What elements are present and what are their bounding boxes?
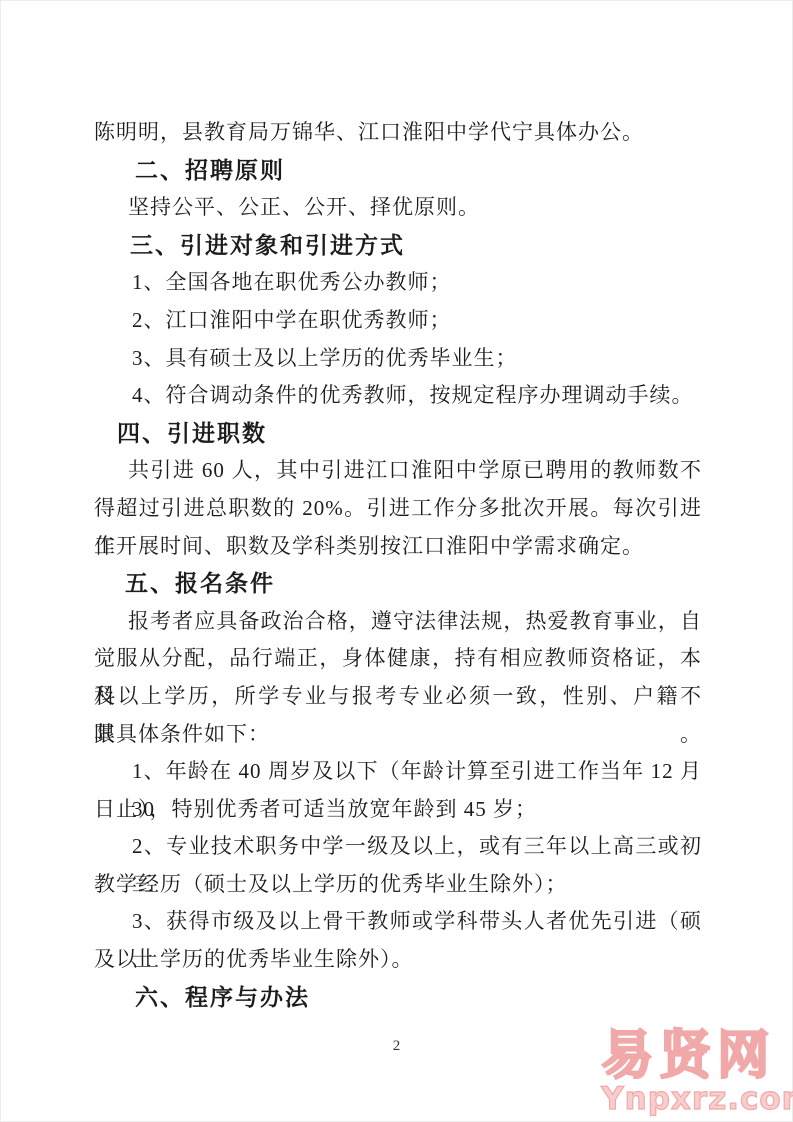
text-line: 日止），特别优秀者可适当放宽年龄到 45 岁；	[94, 791, 702, 829]
text-line: 共引进 60 人，其中引进江口淮阳中学原已聘用的教师数不	[94, 452, 702, 490]
list-item-3: 3、具有硕士及以上学历的优秀毕业生；	[94, 340, 702, 378]
document-text-block: 陈明明，县教育局万锦华、江口淮阳中学代宁具体办公。 二、招聘原则 坚持公平、公正…	[94, 114, 702, 1016]
text-line: 陈明明，县教育局万锦华、江口淮阳中学代宁具体办公。	[94, 114, 702, 152]
document-page: 陈明明，县教育局万锦华、江口淮阳中学代宁具体办公。 二、招聘原则 坚持公平、公正…	[0, 0, 793, 1122]
heading-3-introduction-targets: 三、引进对象和引进方式	[94, 227, 702, 265]
condition-item-2: 2、专业技术职务中学一级及以上，或有三年以上高三或初三	[94, 828, 702, 866]
text-line: 作开展时间、职数及学科类别按江口淮阳中学需求确定。	[94, 528, 702, 566]
list-item-1: 1、全国各地在职优秀公办教师；	[94, 264, 702, 302]
text-line: 报考者应具备政治合格，遵守法律法规，热爱教育事业，自	[94, 603, 702, 641]
condition-item-1: 1、年龄在 40 周岁及以下（年龄计算至引进工作当年 12 月 30	[94, 753, 702, 791]
text-line: 坚持公平、公正、公开、择优原则。	[94, 189, 702, 227]
text-line: 及以上学历，所学专业与报考专业必须一致，性别、户籍不限。	[94, 678, 702, 716]
list-item-4: 4、符合调动条件的优秀教师，按规定程序办理调动手续。	[94, 377, 702, 415]
text-line: 觉服从分配，品行端正，身体健康，持有相应教师资格证，本科	[94, 640, 702, 678]
condition-item-3: 3、获得市级及以上骨干教师或学科带头人者优先引进（硕士	[94, 903, 702, 941]
list-item-2: 2、江口淮阳中学在职优秀教师；	[94, 302, 702, 340]
heading-2-recruitment-principles: 二、招聘原则	[94, 152, 702, 190]
text-line: 得超过引进总职数的 20%。引进工作分多批次开展。每次引进工	[94, 490, 702, 528]
heading-5-application-requirements: 五、报名条件	[94, 565, 702, 603]
heading-6-procedures: 六、程序与办法	[94, 979, 702, 1017]
text-line: 及以上学历的优秀毕业生除外）。	[94, 941, 702, 979]
watermark-site-url-text: Ynpxrz.com	[601, 1084, 793, 1115]
text-line: 教学经历（硕士及以上学历的优秀毕业生除外）；	[94, 866, 702, 904]
heading-4-introduction-quota: 四、引进职数	[94, 415, 702, 453]
page-number: 2	[0, 1038, 793, 1055]
